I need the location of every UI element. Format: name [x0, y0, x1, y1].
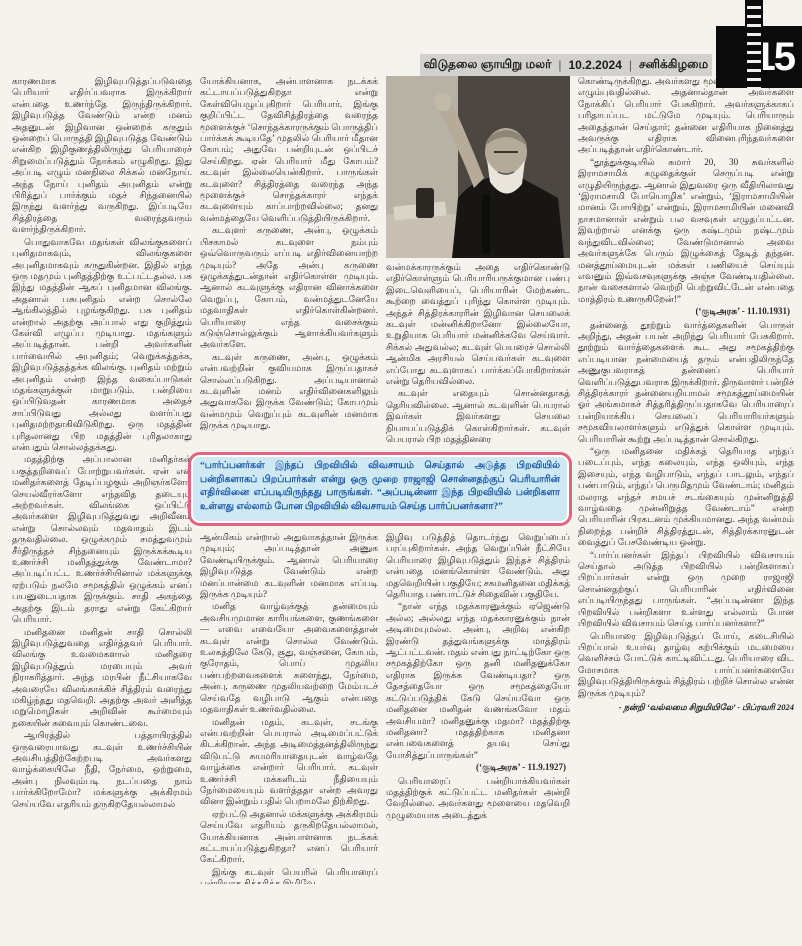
- article-paragraph: “தூத்துக்குடியில் சுமார் 20, 30 சுவர்களி…: [578, 157, 794, 305]
- masthead-date: 10.2.2024: [568, 58, 621, 72]
- article-paragraph: தன்னைத் தூற்றும் வார்த்தைகளின் பொருள் அற…: [578, 320, 794, 445]
- article-paragraph: காரணமாக இழிவுபடுத்தப்படுவதை பெரியார் எதி…: [12, 76, 192, 236]
- article-paragraph: மனித வாழ்வுக்குத் தன்மையும் அவசியமுமான க…: [200, 601, 378, 715]
- credit-line: - நன்றி ‘வல்லமை சிறுமியிலே’ - பிப்ரவரி 2…: [578, 702, 794, 713]
- article-paragraph: மனிதன் மதம், கடவுள், சடங்கு என்பவற்றின் …: [200, 717, 378, 808]
- article-paragraph: ஆயிரத்தில் பத்தாயிரத்தில் ஒருவரையாவது கட…: [12, 730, 192, 810]
- article-paragraph: பெரியாரைப் பன்றியாக்கியவர்கள் மதத்திற்கு…: [386, 776, 570, 822]
- pull-quote-box: “பார்ப்பனர்கள் இந்தப் பிறவியில் விவசாயம்…: [188, 452, 572, 526]
- article-paragraph: பெரியாரை இழிவுபடுத்தப் போய், கடைசியில் ப…: [578, 631, 794, 699]
- article-paragraph: ஆன்மிகம் என்றால் அதுவாகத்தான் இருக்க முட…: [200, 532, 378, 600]
- article-paragraph: “பார்ப்பனர்கள் இந்தப் பிறவியில் விவசாயம்…: [578, 550, 794, 630]
- film-strip-icon: [745, 0, 763, 88]
- article-paragraph: “ஒரு மனிதனை மதிக்கத் தெரியாத எந்தப் படைப…: [578, 446, 794, 549]
- article-column-2-upper: யோக்கியனாக, அன்பாளனாக நடக்கக் கட்டாயப்பட…: [200, 76, 378, 448]
- masthead-separator: |: [558, 58, 561, 72]
- photo-caption-paragraph: வன்மக்காரருக்கும் அதை எதிர்கொண்டு எதிர்க…: [386, 262, 570, 387]
- masthead-separator: |: [629, 58, 632, 72]
- article-column-3-upper: வன்மக்காரருக்கும் அதை எதிர்கொண்டு எதிர்க…: [386, 76, 570, 448]
- kudi-arasu-citation-1927: (‘குடிஅரசு’ - 11.9.1927): [386, 762, 570, 773]
- article-paragraph: பொதுவாகவே மதங்கள் விலங்குகளைப் புனிதமாகவ…: [12, 237, 192, 454]
- article-paragraph: ஏற்பட்டு அதனால் மக்களுக்கு அக்கிரமம் செய…: [200, 809, 378, 866]
- article-column-3-lower: இழிவு படுத்தித் தொடர்ந்து வெறுப்பைப் பரப…: [386, 532, 570, 908]
- periyar-photo: [386, 76, 570, 258]
- article-column-2-lower: ஆன்மிகம் என்றால் அதுவாகத்தான் இருக்க முட…: [200, 532, 378, 884]
- article-column-4: கொண்டிருக்கிறது. அவர்களது மூளையில் கேள்வ…: [578, 76, 794, 908]
- newspaper-page: விடுதலை ஞாயிறு மலர் | 10.2.2024 | சனிக்க…: [0, 0, 802, 946]
- pull-quote-text: “பார்ப்பனர்கள் இந்தப் பிறவியில் விவசாயம்…: [200, 461, 560, 512]
- article-paragraph: இழிவு படுத்தித் தொடர்ந்து வெறுப்பைப் பரப…: [386, 532, 570, 600]
- article-paragraph: மதத்திற்கு அப்பாலான மனிதர்கள் பகுத்தறிவை…: [12, 454, 192, 625]
- kudi-arasu-citation-1931: (‘குடிஅரசு’ - 11.10.1931): [578, 306, 794, 317]
- article-paragraph: கடவுள் கருணை, அன்பு, ஒழுக்கம் என்பவற்றின…: [200, 352, 378, 432]
- article-paragraph: மனிதனை மனிதன் சாதி சொல்லி இழிவுபடுத்துவத…: [12, 627, 192, 730]
- article-paragraph: கடவுள் எதையும் சொன்னதாகத் தெரியவில்லை. ஆ…: [386, 388, 570, 445]
- article-paragraph: இங்கு கடவுள் பெயரில் பெரியாரைப் பன்றியாக…: [200, 867, 378, 884]
- article-column-1: காரணமாக இழிவுபடுத்தப்படுவதை பெரியார் எதி…: [12, 76, 192, 884]
- article-paragraph: கடவுளர் கருணை, அன்பு, ஒழுக்கம் பிசகாமல் …: [200, 225, 378, 350]
- masthead-title: விடுதலை ஞாயிறு மலர்: [424, 57, 552, 73]
- article-paragraph: “நான் எந்த மதக்காரனுக்கும் ஏஜெண்டு அல்ல;…: [386, 601, 570, 761]
- article-paragraph: யோக்கியனாக, அன்பாளனாக நடக்கக் கட்டாயப்பட…: [200, 76, 378, 224]
- masthead-bar: விடுதலை ஞாயிறு மலர் | 10.2.2024 | சனிக்க…: [420, 54, 712, 76]
- masthead-day: சனிக்கிழமை: [639, 57, 708, 73]
